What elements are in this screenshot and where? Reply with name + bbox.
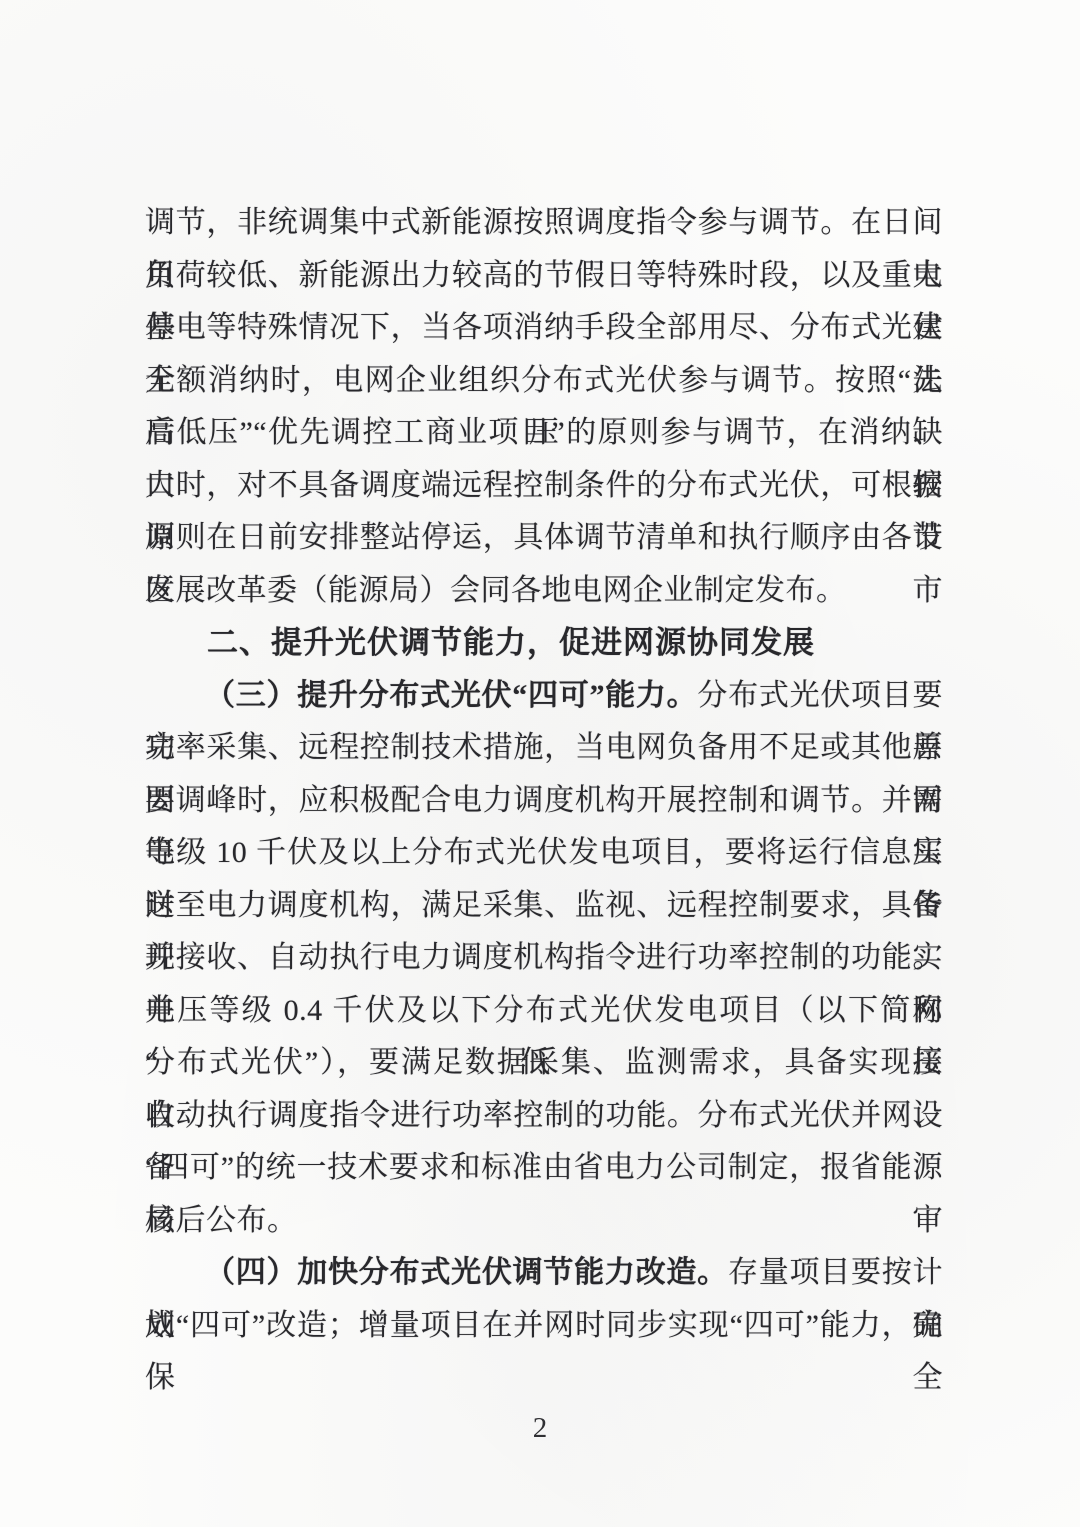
text-line: 电压等级 0.4 千伏及以下分布式光伏发电项目（以下简称“低压 (145, 985, 943, 1038)
section-heading: 二、提升光伏调节能力，促进网源协同发展 (145, 617, 943, 670)
text-line: 功率采集、远程控制技术措施，当电网负备用不足或其他原因需 (145, 722, 943, 775)
text-line: 送至电力调度机构，满足采集、监视、远程控制要求，具备并实 (145, 880, 943, 933)
text-line: 调节，非统调集中式新能源按照调度指令参与调节。在日间用电 (145, 197, 943, 250)
text-line: 停电等特殊情况下，当各项消纳手段全部用尽、分布式光伏无法 (145, 302, 943, 355)
text-line: 全额消纳时，电网企业组织分布式光伏参与调节。按照“先高压、 (145, 355, 943, 408)
text-line: “四可”的统一技术要求和标准由省电力公司制定，报省能源局审 (145, 1142, 943, 1195)
text-line: 成“四可”改造；增量项目在并网时同步实现“四可”能力，确保全 (145, 1300, 943, 1353)
text-line: 自动执行调度指令进行功率控制的功能。分布式光伏并网设备 (145, 1090, 943, 1143)
text-line: 大时，对不具备调度端远程控制条件的分布式光伏，可根据调节 (145, 460, 943, 513)
text-line: 负荷较低、新能源出力较高的节假日等特殊时段，以及重大基建 (145, 250, 943, 303)
text-line: 原则在日前安排整站停运，具体调节清单和执行顺序由各设区市 (145, 512, 943, 565)
paragraph-three-lead: （三）提升分布式光伏“四可”能力。 (205, 679, 697, 712)
text-line: 要调峰时，应积极配合电力调度机构开展控制和调节。并网电压 (145, 775, 943, 828)
document-page: 调节，非统调集中式新能源按照调度指令参与调节。在日间用电 负荷较低、新能源出力较… (0, 0, 1080, 1527)
text-line: 后低压”“优先调控工商业项目”的原则参与调节，在消纳缺口较 (145, 407, 943, 460)
page-number: 2 (0, 1412, 1080, 1445)
paragraph-four-first-line: （四）加快分布式光伏调节能力改造。存量项目要按计划完 (145, 1247, 943, 1300)
text-line: 等级 10 千伏及以上分布式光伏发电项目，要将运行信息实时传 (145, 827, 943, 880)
text-line: 现接收、自动执行电力调度机构指令进行功率控制的功能。并网 (145, 932, 943, 985)
paragraph-three-first-line: （三）提升分布式光伏“四可”能力。分布式光伏项目要完善 (145, 670, 943, 723)
document-text-block: 调节，非统调集中式新能源按照调度指令参与调节。在日间用电 负荷较低、新能源出力较… (145, 197, 943, 1352)
text-line: 分布式光伏”），要满足数据采集、监测需求，具备实现接收、 (145, 1037, 943, 1090)
paragraph-four-lead: （四）加快分布式光伏调节能力改造。 (205, 1256, 728, 1289)
text-line: 发展改革委（能源局）会同各地电网企业制定发布。 (145, 565, 943, 618)
